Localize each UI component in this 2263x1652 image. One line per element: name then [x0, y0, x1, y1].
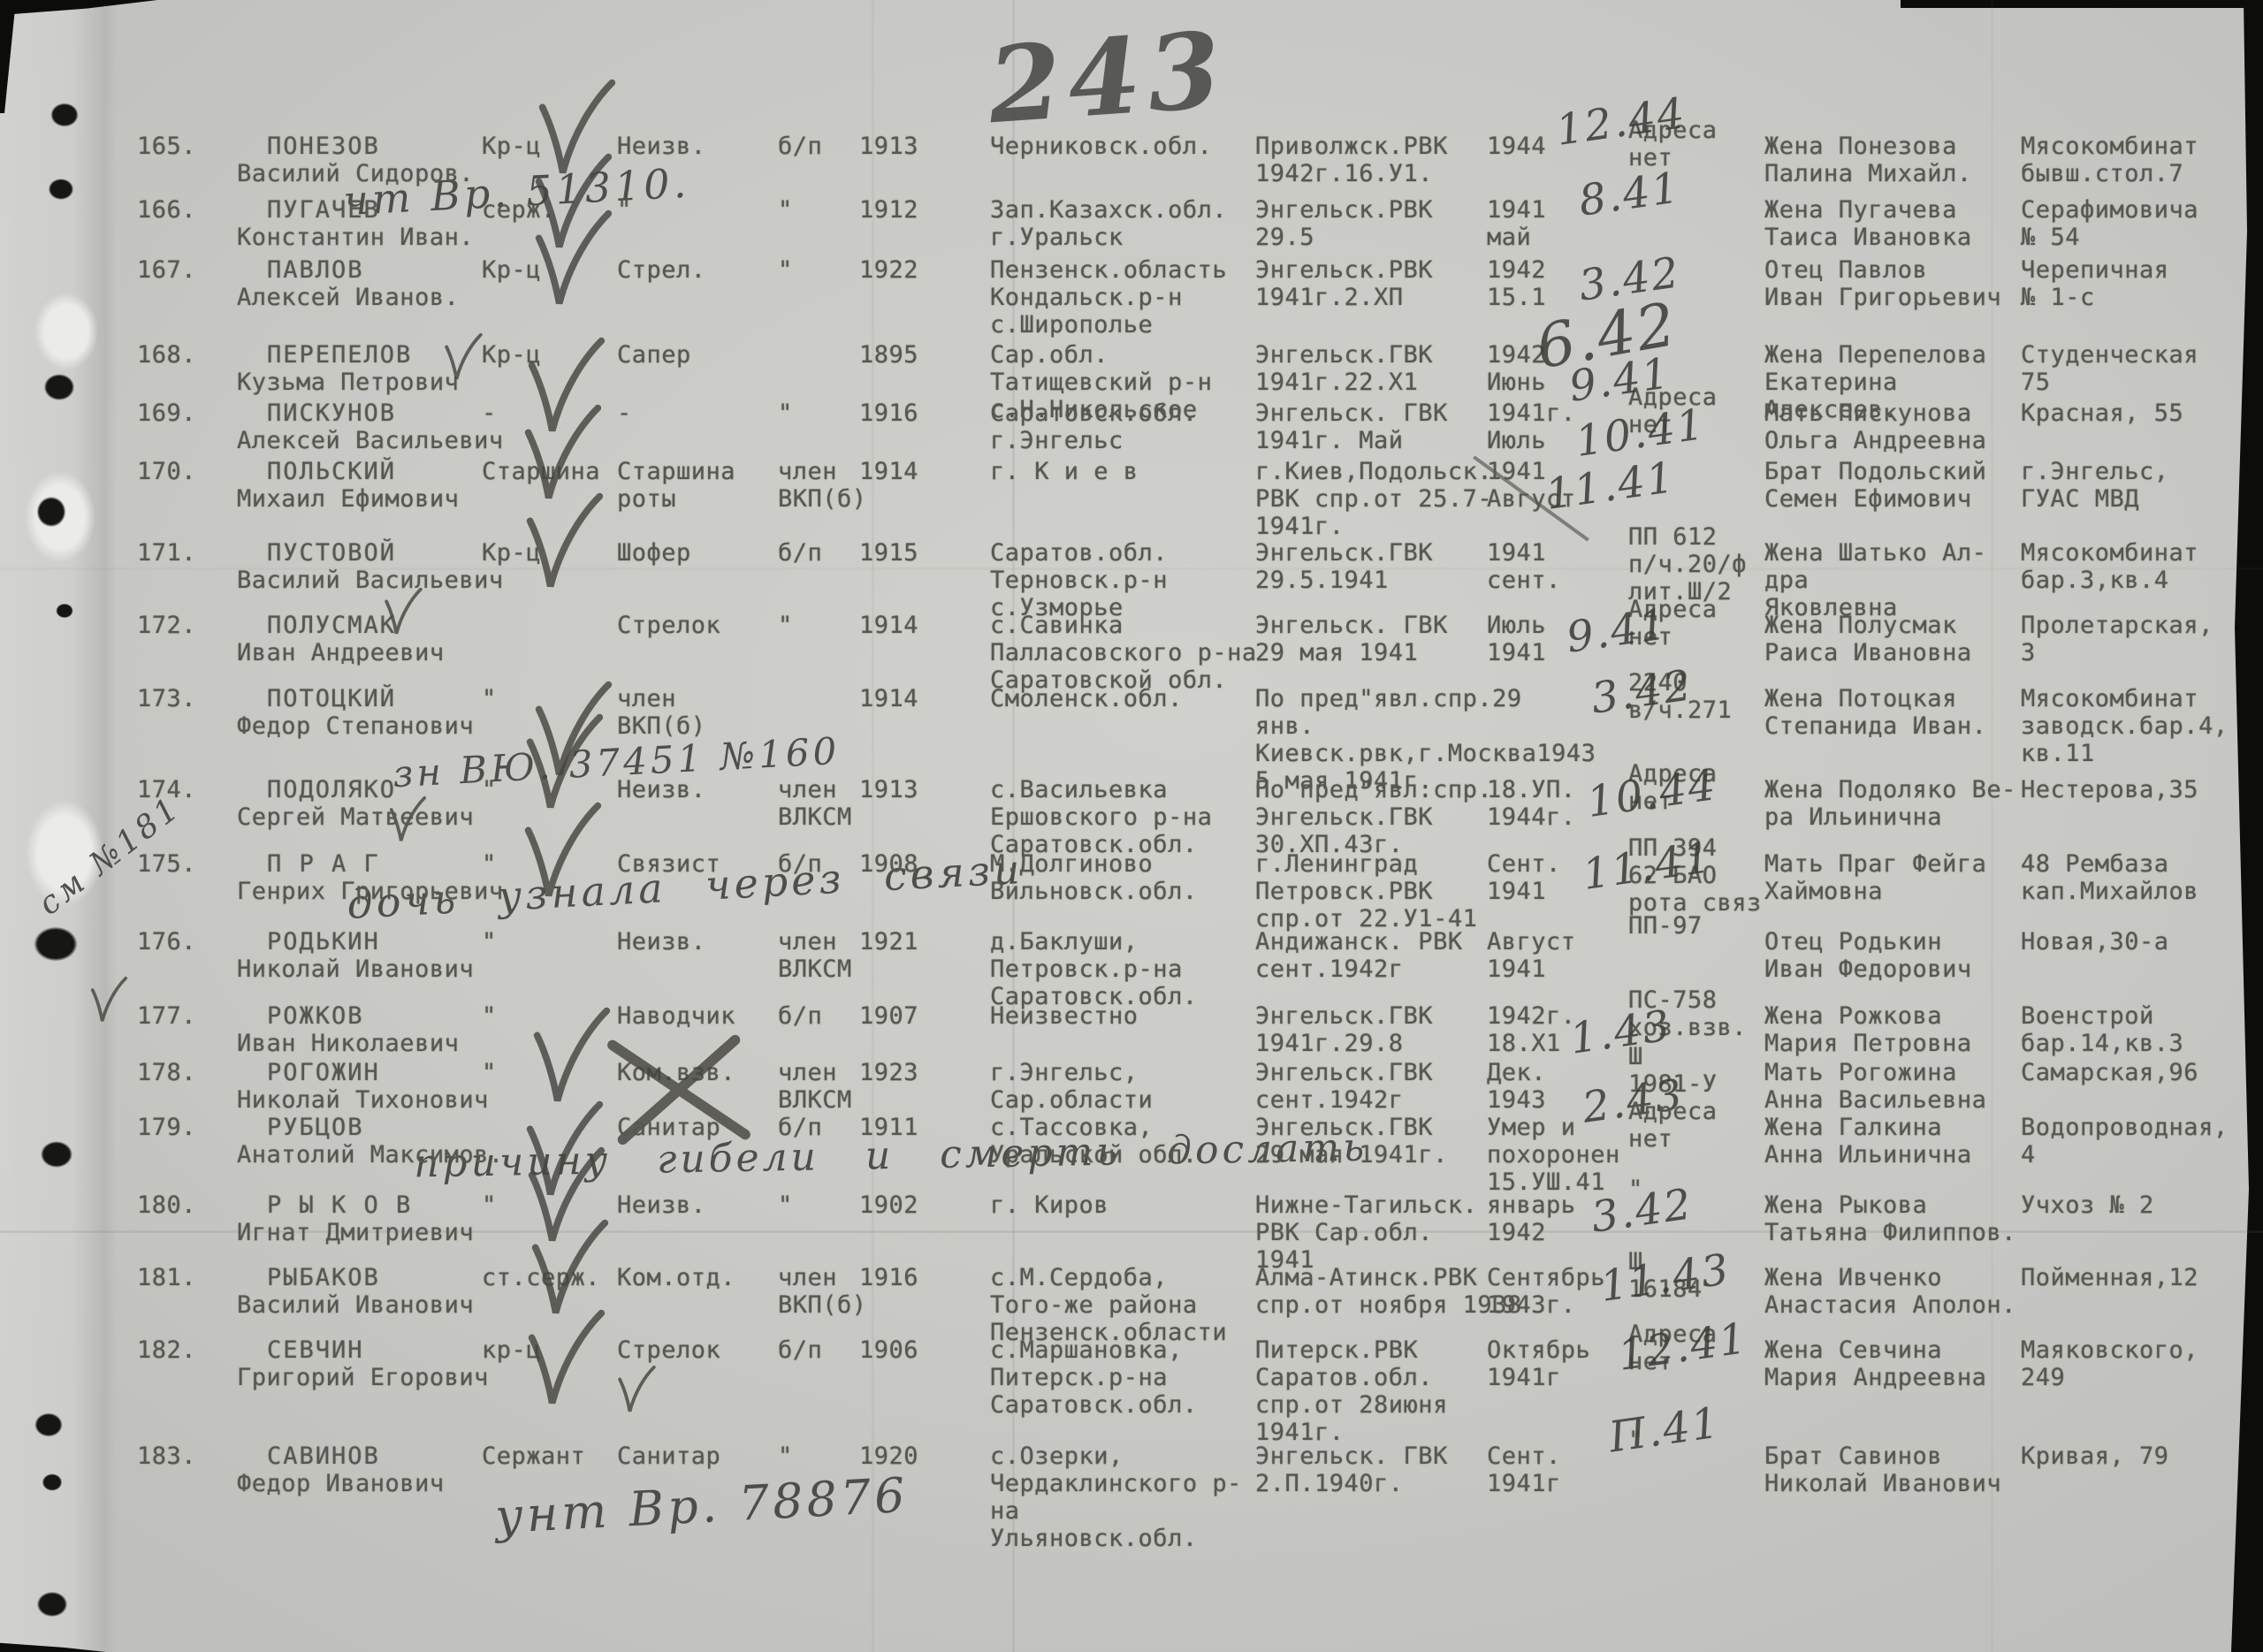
commissariat: Энгельск.ГВК 29.5.1941	[1255, 539, 1573, 594]
relative-address: Нестерова,35	[2021, 776, 2246, 803]
given-name: Алексей Иванов.	[237, 284, 459, 311]
commissariat: Энгельск.РВК 1941г.2.ХП	[1255, 256, 1573, 311]
surname: ПОЛУСМАК	[267, 612, 396, 639]
birth-year: 1922	[859, 256, 918, 284]
document-page: 243 чт Вр. 51310. зн ВЮ. 37451 №160 см №…	[0, 0, 2263, 1652]
pencil-date-mark: 3.42	[1589, 1179, 1696, 1242]
row-number: 167.	[137, 256, 196, 284]
unit-or-address-note: ПП 612 п/ч.20/ф лит.Ш/2	[1628, 523, 1796, 605]
relative-address: Новая,30-а	[2021, 928, 2246, 955]
surname: Р Ы К О В	[267, 1191, 412, 1219]
party-membership: б/п	[778, 1336, 822, 1364]
surname: ПОДОЛЯКО	[267, 776, 396, 803]
paper-tear	[27, 283, 106, 380]
birthplace: с.Маршановка, Питерск.р-на Саратовск.обл…	[990, 1336, 1264, 1419]
position: Наводчик	[617, 1002, 735, 1030]
surname: РОДЬКИН	[267, 928, 380, 955]
commissariat: Энгельск.РВК 29.5	[1255, 196, 1573, 251]
party-membership: "	[778, 612, 793, 639]
birth-year: 1916	[859, 400, 918, 427]
table-row: 173. ПОТОЦКИЙ Федор Степанович " член ВК…	[0, 685, 2263, 694]
paper-crease	[0, 567, 2263, 570]
relative-address: Мясокомбинат бывш.стол.7	[2021, 133, 2246, 187]
birthplace: Зап.Казахск.обл. г.Уральск	[990, 196, 1264, 251]
table-row: 168. ПЕРЕПЕЛОВ Кузьма Петрович Кр-ц Сапе…	[0, 341, 2263, 350]
surname: П Р А Г	[267, 850, 380, 878]
paper-right-edge	[2228, 0, 2263, 1652]
pencil-checkmark	[382, 587, 424, 645]
relative-address: Пролетарская, 3	[2021, 612, 2246, 666]
surname: СЕВЧИН	[267, 1336, 364, 1364]
given-name: Николай Тихонович	[237, 1086, 489, 1114]
table-row: 178. РОГОЖИН Николай Тихонович " Ком.взв…	[0, 1059, 2263, 1068]
given-name: Федор Иванович	[237, 1470, 445, 1497]
table-row: 170. ПОЛЬСКИЙ Михаил Ефимович Старшина С…	[0, 458, 2263, 467]
table-row: 176. РОДЬКИН Николай Иванович " Неизв. ч…	[0, 928, 2263, 937]
relative-address: Серафимовича № 54	[2021, 196, 2246, 251]
row-number: 181.	[137, 1264, 196, 1291]
position: Старшина роты	[617, 458, 735, 513]
surname: ПОНЕЗОВ	[267, 133, 380, 160]
party-membership: член ВЛКСМ	[778, 776, 852, 831]
relative: Жена Полусмак Раиса Ивановна	[1764, 612, 2030, 666]
surname: ПИСКУНОВ	[267, 400, 396, 427]
table-row: 174. ПОДОЛЯКО Сергей Матвеевич " Неизв. …	[0, 776, 2263, 785]
party-membership: "	[778, 196, 793, 224]
row-number: 175.	[137, 850, 196, 878]
birth-year: 1916	[859, 1264, 918, 1291]
table-row: 181. РЫБАКОВ Василий Иванович ст.серж. К…	[0, 1264, 2263, 1273]
commissariat: По пред"явл.спр. Энгельск.ГВК 30.ХП.43г.	[1255, 776, 1573, 858]
relative-address: Пойменная,12	[2021, 1264, 2246, 1291]
given-name: Иван Николаевич	[237, 1030, 459, 1057]
position: Неизв.	[617, 928, 706, 955]
birthplace: Саратовск.обл. г.Энгельс	[990, 400, 1264, 454]
table-row: 179. РУБЦОВ Анатолий Максимов. Санитар б…	[0, 1114, 2263, 1123]
commissariat: Алма-Атинск.РВК спр.от ноября 1938	[1255, 1264, 1573, 1319]
surname: ПОЛЬСКИЙ	[267, 458, 396, 485]
party-membership: б/п	[778, 133, 822, 160]
birthplace: Смоленск.обл.	[990, 685, 1264, 712]
relative: Отец Родькин Иван Федорович	[1764, 928, 2030, 983]
birth-year: 1902	[859, 1191, 918, 1219]
pencil-checkmark	[522, 484, 606, 617]
birthplace: г. К и е в	[990, 458, 1264, 485]
handwritten-note-172: зн ВЮ. 37451 №160	[392, 729, 841, 796]
pencil-date-mark: 9.41	[1564, 599, 1672, 662]
surname: РОГОЖИН	[267, 1059, 380, 1086]
position: Стрелок	[617, 612, 720, 639]
position: Сапер	[617, 341, 691, 369]
given-name: Сергей Матвеевич	[237, 803, 474, 831]
relative: Мать Рогожина Анна Васильевна	[1764, 1059, 2030, 1114]
paper-top-edge	[1901, 0, 2263, 8]
pencil-date-mark: 10.44	[1584, 760, 1720, 827]
row-number: 165.	[137, 133, 196, 160]
party-membership: б/п	[778, 1002, 822, 1030]
pencil-checkmark	[523, 1301, 608, 1434]
birthplace: с.М.Сердоба, Того-же района Пензенск.обл…	[990, 1264, 1264, 1346]
row-number: 178.	[137, 1059, 196, 1086]
report-date: Сент. 1941г	[1487, 1443, 1628, 1497]
birthplace: с.Озерки, Чердаклинского р-на Ульяновск.…	[990, 1443, 1264, 1552]
table-row: 169. ПИСКУНОВ Алексей Васильевич - - " 1…	[0, 400, 2263, 408]
pencil-date-mark: 12.44	[1553, 88, 1689, 156]
birthplace: Черниковск.обл.	[990, 133, 1264, 160]
row-number: 176.	[137, 928, 196, 955]
position: Ком.отд.	[617, 1264, 735, 1291]
given-name: Алексей Васильевич	[237, 427, 504, 454]
pencil-checkmark	[530, 202, 615, 334]
surname: ПОТОЦКИЙ	[267, 685, 396, 712]
surname: ПАВЛОВ	[267, 256, 364, 284]
birth-year: 1921	[859, 928, 918, 955]
row-number: 180.	[137, 1191, 196, 1219]
surname: ПУСТОВОЙ	[267, 539, 396, 567]
relative: Жена Перепелова Екатерина Алексеев.	[1764, 341, 2030, 423]
pencil-date-mark: 8.41	[1576, 163, 1684, 225]
position: Неизв.	[617, 133, 706, 160]
commissariat: Энгельск. ГВК 2.П.1940г.	[1255, 1443, 1573, 1497]
birthplace: с.Васильевка Ершовского р-на Саратовск.о…	[990, 776, 1264, 858]
given-name: Федор Степанович	[237, 712, 474, 740]
birthplace: г. Киров	[990, 1191, 1264, 1219]
paper-crease	[0, 1230, 2263, 1233]
relative-address: Красная, 55	[2021, 400, 2246, 427]
commissariat: Энгельск. ГВК 1941г. Май	[1255, 400, 1573, 454]
commissariat: Энгельск.ГВК 1941г.29.8	[1255, 1002, 1573, 1057]
relative: Мать Пискунова Ольга Андреевна	[1764, 400, 2030, 454]
paper-crease	[1991, 0, 1993, 1652]
rank: "	[482, 928, 497, 955]
pencil-date-mark: 3.42	[1589, 660, 1696, 723]
birthplace: Саратов.обл. Терновск.р-н с.Узморье	[990, 539, 1264, 621]
punch-hole	[35, 1137, 78, 1172]
relative: Брат Подольский Семен Ефимович	[1764, 458, 2030, 513]
unit-or-address-note: ПП-97	[1628, 912, 1796, 940]
party-membership: "	[778, 400, 793, 427]
party-membership: "	[778, 256, 793, 284]
given-name: Михаил Ефимович	[237, 485, 459, 513]
page-number-handwritten: 243	[984, 8, 1231, 148]
row-number: 183.	[137, 1443, 196, 1470]
given-name: Василий Васильевич	[237, 567, 504, 594]
position: Стрел.	[617, 256, 706, 284]
pencil-checkmark	[615, 1365, 658, 1423]
commissariat: Энгельск.ГВК сент.1942г	[1255, 1059, 1573, 1114]
pencil-date-mark: 11.41	[1580, 833, 1716, 900]
row-number: 169.	[137, 400, 196, 427]
pencil-date-mark: П.41	[1606, 1397, 1724, 1462]
relative-address: Маяковского, 249	[2021, 1336, 2246, 1391]
commissariat: г.Киев,Подольск. РВК спр.от 25.7- 1941г.	[1255, 458, 1573, 540]
pencil-date-mark: 1.43	[1567, 1001, 1675, 1063]
party-membership: член ВКП(б)	[778, 458, 867, 513]
table-row: 166. ПУГАЧЕВ Константин Иван. серж. " " …	[0, 196, 2263, 205]
given-name: Николай Иванович	[237, 955, 474, 983]
row-number: 171.	[137, 539, 196, 567]
birth-year: 1920	[859, 1443, 918, 1470]
surname: РОЖКОВ	[267, 1002, 364, 1030]
pencil-date-mark: 2.43	[1580, 1070, 1688, 1132]
commissariat: Питерск.РВК Саратов.обл. спр.от 28июня 1…	[1255, 1336, 1573, 1446]
relative: Жена Пугачева Таиса Ивановка	[1764, 196, 2030, 251]
given-name: Кузьма Петрович	[237, 369, 459, 396]
table-row: 180. Р Ы К О В Игнат Дмитриевич " Неизв.…	[0, 1191, 2263, 1200]
punch-hole	[39, 1471, 65, 1494]
relative: Жена Ивченко Анастасия Аполон.	[1764, 1264, 2030, 1319]
pencil-date-mark: 11.43	[1597, 1245, 1733, 1312]
surname: РЫБАКОВ	[267, 1264, 380, 1291]
relative-address: Водопроводная, 4	[2021, 1114, 2246, 1169]
handwritten-note-168: чт Вр. 51310.	[342, 159, 691, 225]
party-membership: б/п	[778, 539, 822, 567]
table-row: 167. ПАВЛОВ Алексей Иванов. Кр-ц Стрел. …	[0, 256, 2263, 265]
relative: Жена Рожкова Мария Петровна	[1764, 1002, 2030, 1057]
birthplace: Сар.обл. Татищевский р-н с.Н.Никольское	[990, 341, 1264, 423]
given-name: Григорий Егорович	[237, 1364, 489, 1391]
relative-address: Самарская,96	[2021, 1059, 2246, 1086]
surname: САВИНОВ	[267, 1443, 380, 1470]
handwritten-note-183: унт Вр. 78876	[494, 1467, 910, 1544]
punch-hole	[32, 1587, 72, 1621]
birth-year: 1912	[859, 196, 918, 224]
pencil-cross-out	[591, 1032, 767, 1147]
birth-year: 1915	[859, 539, 918, 567]
rank: "	[482, 1002, 497, 1030]
commissariat: г.Ленинград Петровск.РВК спр.от 22.У1-41	[1255, 850, 1573, 933]
relative: Жена Шатько Ал-дра Яковлевна	[1764, 539, 2030, 621]
relative: Жена Рыкова Татьяна Филиппов.	[1764, 1191, 2030, 1246]
relative-address: Мясокомбинат бар.3,кв.4	[2021, 539, 2246, 594]
given-name: Константин Иван.	[237, 224, 474, 251]
row-number: 177.	[137, 1002, 196, 1030]
rank: "	[482, 1059, 497, 1086]
birthplace: Неизвестно	[990, 1002, 1264, 1030]
row-number: 173.	[137, 685, 196, 712]
punch-hole	[30, 1409, 67, 1441]
birth-year: 1914	[859, 458, 918, 485]
party-membership: "	[778, 1443, 793, 1470]
birthplace: г.Энгельс, Сар.области	[990, 1059, 1264, 1114]
party-membership: член ВКП(б)	[778, 1264, 867, 1319]
pencil-checkmark	[442, 332, 484, 391]
paper-crease	[1012, 0, 1015, 1652]
rank: "	[482, 685, 497, 712]
report-date: 1941 сент.	[1487, 539, 1628, 594]
birth-year: 1914	[859, 685, 918, 712]
relative: Жена Подоляко Ве- ра Ильинична	[1764, 776, 2030, 831]
table-row: 177. РОЖКОВ Иван Николаевич " Наводчик б…	[0, 1002, 2263, 1011]
rank: Сержант	[482, 1443, 585, 1470]
relative: Жена Потоцкая Степанида Иван.	[1764, 685, 2030, 740]
birth-year: 1895	[859, 341, 918, 369]
table-row: 183. САВИНОВ Федор Иванович Сержант Сани…	[0, 1443, 2263, 1451]
relative: Жена Понезова Палина Михайл.	[1764, 133, 2030, 187]
commissariat: Андижанск. РВК сент.1942г	[1255, 928, 1573, 983]
punch-hole	[46, 99, 83, 131]
commissariat: Энгельск. ГВК 29 мая 1941	[1255, 612, 1573, 666]
relative: Мать Праг Фейга Хаймовна	[1764, 850, 2030, 905]
table-row: 165. ПОНЕЗОВ Василий Сидоров. Кр-ц Неизв…	[0, 133, 2263, 141]
party-membership: член ВЛКСМ	[778, 1059, 852, 1114]
birthplace: д.Баклуши, Петровск.р-на Саратовск.обл.	[990, 928, 1264, 1010]
row-number: 182.	[137, 1336, 196, 1364]
birth-year: 1913	[859, 133, 918, 160]
position: Стрелок	[617, 1336, 720, 1364]
party-membership: член ВЛКСМ	[778, 928, 852, 983]
relative: Отец Павлов Иван Григорьевич	[1764, 256, 2030, 311]
row-number: 168.	[137, 341, 196, 369]
table-row: 182. СЕВЧИН Григорий Егорович кр-ц Стрел…	[0, 1336, 2263, 1345]
report-date: Август 1941	[1487, 928, 1628, 983]
relative-address: Мясокомбинат заводск.бар.4, кв.11	[2021, 685, 2246, 767]
relative: Жена Севчина Мария Андреевна	[1764, 1336, 2030, 1391]
given-name: Василий Иванович	[237, 1291, 474, 1319]
relative-address: Учхоз № 2	[2021, 1191, 2246, 1219]
birth-year: 1913	[859, 776, 918, 803]
table-row: 171. ПУСТОВОЙ Василий Васильевич Кр-ц Шо…	[0, 539, 2263, 548]
punch-hole	[32, 491, 71, 532]
relative-address: Кривая, 79	[2021, 1443, 2246, 1470]
commissariat: Энгельск.ГВК 1941г.22.Х1	[1255, 341, 1573, 396]
birthplace: с.Савинка Палласовского р-на Саратовской…	[990, 612, 1264, 694]
row-number: 172.	[137, 612, 196, 639]
rank: "	[482, 1191, 497, 1219]
birth-year: 1923	[859, 1059, 918, 1086]
table-row: 175. П Р А Г Генрих Григорьевич " Связис…	[0, 850, 2263, 859]
relative-address: Черепичная № 1-с	[2021, 256, 2246, 311]
row-number: 170.	[137, 458, 196, 485]
birth-year: 1906	[859, 1336, 918, 1364]
row-number: 166.	[137, 196, 196, 224]
table-row: 172. ПОЛУСМАК Иван Андреевич Стрелок " 1…	[0, 612, 2263, 620]
birth-year: 1907	[859, 1002, 918, 1030]
relative: Брат Савинов Николай Иванович	[1764, 1443, 2030, 1497]
birth-year: 1914	[859, 612, 918, 639]
position: член ВКП(б)	[617, 685, 706, 740]
relative-address: 48 Рембаза кап.Михайлов	[2021, 850, 2246, 905]
surname: РУБЦОВ	[267, 1114, 364, 1141]
birthplace: М.Долгиново Вильновск.обл.	[990, 850, 1264, 905]
relative-address: г.Энгельс, ГУАС МВД	[2021, 458, 2246, 513]
position: Неизв.	[617, 776, 706, 803]
pencil-checkmark	[520, 794, 605, 926]
commissariat: Приволжск.РВК 1942г.16.У1.	[1255, 133, 1573, 187]
party-membership: "	[778, 1191, 793, 1219]
pencil-checkmark	[387, 796, 428, 852]
relative-address: Военстрой бар.14,кв.3	[2021, 1002, 2246, 1057]
surname: ПЕРЕПЕЛОВ	[267, 341, 412, 369]
pencil-date-mark: 12.41	[1615, 1313, 1751, 1381]
relative: Жена Галкина Анна Ильинична	[1764, 1114, 2030, 1169]
report-date: Октябрь 1941г	[1487, 1336, 1628, 1391]
paper-crease	[872, 0, 874, 1652]
position: Санитар	[617, 1443, 720, 1470]
birthplace: Пензенск.область Кондальск.р-н с.Широпол…	[990, 256, 1264, 339]
position: Неизв.	[617, 1191, 706, 1219]
relative-address: Студенческая 75	[2021, 341, 2246, 396]
rank: -	[482, 400, 497, 427]
position: Шофер	[617, 539, 691, 567]
position: -	[617, 400, 632, 427]
row-number: 179.	[137, 1114, 196, 1141]
